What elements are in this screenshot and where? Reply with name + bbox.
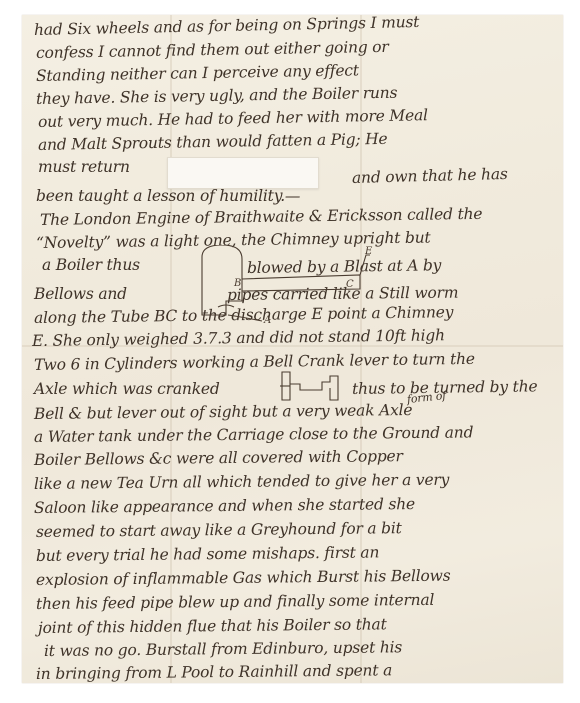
text-line: joint of this hidden flue that his Boile… [38, 615, 387, 637]
text-line: then his feed pipe blew up and finally s… [36, 591, 434, 613]
text-line: a Boiler thus [42, 256, 140, 274]
text-line: Bell & but lever out of sight but a very… [34, 401, 413, 423]
boiler-diagram: B C E A [182, 245, 382, 325]
text-line: like a new Tea Urn all which tended to g… [34, 471, 449, 493]
letter-page: had Six wheels and as for being on Sprin… [22, 15, 563, 683]
diagram-label-e: E [364, 246, 373, 257]
diagram-label-a: A [263, 315, 271, 325]
text-line: it was no go. Burstall from Edinburo, up… [44, 638, 402, 660]
text-line: but every trial he had some mishaps. fir… [36, 543, 379, 565]
text-line: they have. She is very ugly, and the Boi… [36, 84, 398, 108]
text-line: and Malt Sprouts than would fatten a Pig… [38, 130, 388, 154]
text-line: in bringing from L Pool to Rainhill and … [36, 661, 392, 683]
text-line: Axle which was cranked [34, 380, 220, 398]
diagram-label-b: B [233, 278, 241, 289]
interlinear-note: form of [406, 389, 446, 406]
text-line: confess I cannot find them out either go… [36, 38, 389, 62]
text-line: Bellows and [34, 285, 127, 303]
text-line: and own that he has [352, 165, 508, 187]
text-line: been taught a lesson of humility.— [36, 187, 300, 205]
text-line: Standing neither can I perceive any effe… [36, 61, 359, 85]
text-line: The London Engine of Braithwaite & Erick… [40, 205, 483, 229]
text-line: Saloon like appearance and when she star… [34, 495, 415, 517]
text-line: seemed to start away like a Greyhound fo… [36, 519, 402, 541]
text-line: Two 6 in Cylinders working a Bell Crank … [34, 350, 475, 374]
text-line: out very much. He had to feed her with m… [38, 106, 428, 131]
crank-axle-diagram [280, 370, 350, 406]
text-line: must return [38, 158, 130, 176]
text-line: a Water tank under the Carriage close to… [34, 423, 473, 446]
diagram-label-c: C [346, 279, 354, 290]
text-line: explosion of inflammable Gas which Burst… [36, 567, 451, 589]
text-line: Boiler Bellows &c were all covered with … [34, 447, 403, 469]
paper-repair-patch [167, 157, 319, 189]
